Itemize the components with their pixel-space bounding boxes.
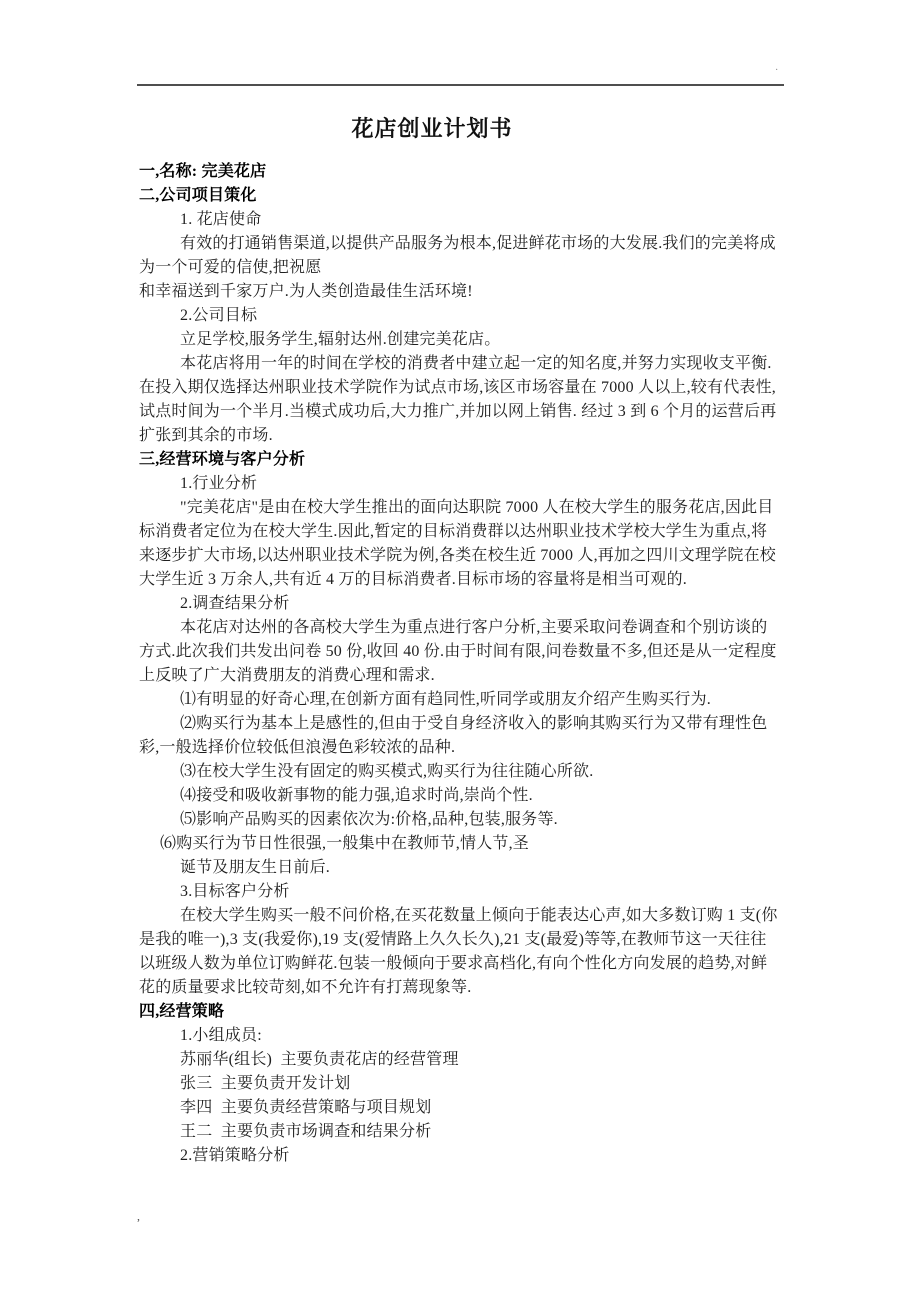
- section-heading: 四,经营策略: [139, 1000, 799, 1024]
- text-line: 上反映了广大消费朋友的消费心理和需求.: [139, 664, 799, 688]
- text-line: 扩张到其余的市场.: [139, 424, 799, 448]
- text-line: "完美花店"是由在校大学生推出的面向达职院 7000 人在校大学生的服务花店,因…: [139, 496, 799, 520]
- text-line: 2.营销策略分析: [139, 1144, 799, 1168]
- text-line: 标消费者定位为在校大学生.因此,暂定的目标消费群以达州职业技术学校大学生为重点,…: [139, 520, 799, 544]
- text-line: 张三 主要负责开发计划: [139, 1072, 799, 1096]
- text-line: 和幸福送到千家万户.为人类创造最佳生活环境!: [139, 280, 799, 304]
- text-line: 在校大学生购买一般不问价格,在买花数量上倾向于能表达心声,如大多数订购 1 支(…: [139, 904, 799, 928]
- footer-stray-mark: ,: [137, 1210, 140, 1222]
- text-line: 有效的打通销售渠道,以提供产品服务为根本,促进鲜花市场的大发展.我们的完美将成: [139, 232, 799, 256]
- text-line: 立足学校,服务学生,辐射达州.创建完美花店。: [139, 328, 799, 352]
- header-stray-mark: ·: [775, 66, 778, 76]
- text-line: 本花店对达州的各高校大学生为重点进行客户分析,主要采取问卷调查和个别访谈的: [139, 616, 799, 640]
- text-line: 1.行业分析: [139, 472, 799, 496]
- text-line: ⑵购买行为基本上是感性的,但由于受自身经济收入的影响其购买行为又带有理性色: [139, 712, 799, 736]
- text-line: 2.公司目标: [139, 304, 799, 328]
- text-line: 花的质量要求比较苛刻,如不允许有打蔫现象等.: [139, 976, 799, 1000]
- document-body: 一,名称: 完美花店 二,公司项目策化 1. 花店使命 有效的打通销售渠道,以提…: [139, 160, 799, 1168]
- text-line: 苏丽华(组长) 主要负责花店的经营管理: [139, 1048, 799, 1072]
- text-line: ⑹购买行为节日性很强,一般集中在教师节,情人节,圣: [139, 832, 799, 856]
- section-heading: 三,经营环境与客户分析: [139, 448, 799, 472]
- text-line: 1.小组成员:: [139, 1024, 799, 1048]
- text-line: 彩,一般选择价位较低但浪漫色彩较浓的品种.: [139, 736, 799, 760]
- text-line: ⑷接受和吸收新事物的能力强,追求时尚,崇尚个性.: [139, 784, 799, 808]
- text-line: ⑸影响产品购买的因素依次为:价格,品种,包装,服务等.: [139, 808, 799, 832]
- text-line: 方式.此次我们共发出问卷 50 份,收回 40 份.由于时间有限,问卷数量不多,…: [139, 640, 799, 664]
- text-line: ⑶在校大学生没有固定的购买模式,购买行为往往随心所欲.: [139, 760, 799, 784]
- text-line: 大学生近 3 万余人,共有近 4 万的目标消费者.目标市场的容量将是相当可观的.: [139, 568, 799, 592]
- section-heading: 一,名称: 完美花店: [139, 160, 799, 184]
- text-line: 以班级人数为单位订购鲜花.包装一般倾向于要求高档化,有向个性化方向发展的趋势,对…: [139, 952, 799, 976]
- text-line: 试点时间为一个半月.当模式成功后,大力推广,并加以网上销售. 经过 3 到 6 …: [139, 400, 799, 424]
- document-title: 花店创业计划书: [137, 115, 784, 143]
- text-line: 王二 主要负责市场调查和结果分析: [139, 1120, 799, 1144]
- section-heading: 二,公司项目策化: [139, 184, 799, 208]
- text-line: 来逐步扩大市场,以达州职业技术学院为例,各类在校生近 7000 人,再加之四川文…: [139, 544, 799, 568]
- text-line: 是我的唯一),3 支(我爱你),19 支(爱情路上久久长久),21 支(最爱)等…: [139, 928, 799, 952]
- text-line: 2.调查结果分析: [139, 592, 799, 616]
- text-line: 李四 主要负责经营策略与项目规划: [139, 1096, 799, 1120]
- text-line: 为一个可爱的信使,把祝愿: [139, 256, 799, 280]
- text-line: 诞节及朋友生日前后.: [139, 856, 799, 880]
- text-line: 本花店将用一年的时间在学校的消费者中建立起一定的知名度,并努力实现收支平衡.: [139, 352, 799, 376]
- header-rule: [137, 84, 784, 86]
- document-page: · 花店创业计划书 一,名称: 完美花店 二,公司项目策化 1. 花店使命 有效…: [0, 0, 920, 1302]
- text-line: 在投入期仅选择达州职业技术学院作为试点市场,该区市场容量在 7000 人以上,较…: [139, 376, 799, 400]
- text-line: 3.目标客户分析: [139, 880, 799, 904]
- text-line: ⑴有明显的好奇心理,在创新方面有趋同性,听同学或朋友介绍产生购买行为.: [139, 688, 799, 712]
- text-line: 1. 花店使命: [139, 208, 799, 232]
